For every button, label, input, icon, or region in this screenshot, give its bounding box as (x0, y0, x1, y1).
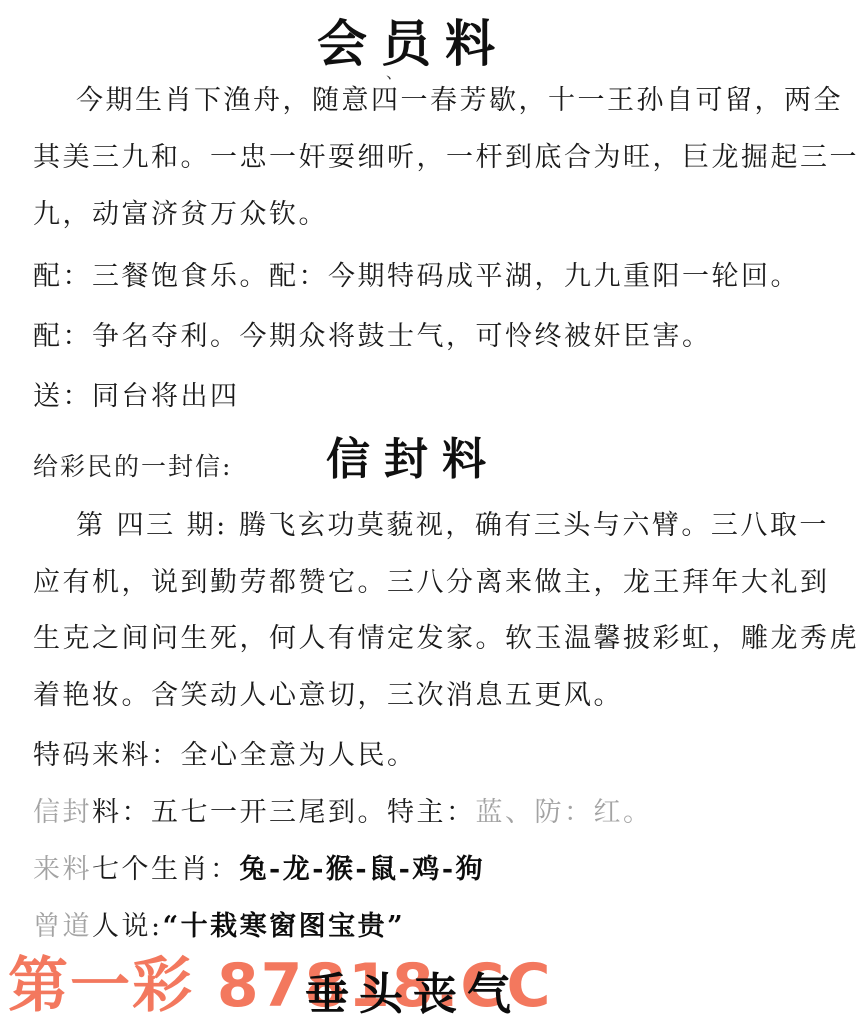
special-code-line: 特码来料：全心全意为人民。 (33, 733, 417, 772)
envelope-paragraph-line: 生克之间问生死，何人有情定发家。软玉温馨披彩虹，雕龙秀虎 (33, 616, 859, 655)
member-paragraph-line: 今期生肖下渔舟，随意四一春芳歇，十一王孙自可留，两全 (76, 78, 843, 117)
scanned-lottery-tip-sheet: 会员料 、 今期生肖下渔舟，随意四一春芳歇，十一王孙自可留，两全 其美三九和。一… (0, 0, 861, 1024)
member-paragraph-line: 九，动富济贫万众钦。 (33, 192, 328, 231)
next-section-title: 垂头丧气 (0, 958, 826, 1022)
member-paragraph-line: 其美三九和。一忠一奸耍细听，一杆到底合为旺，巨龙掘起三一 (33, 135, 859, 174)
member-pair-line: 配：三餐饱食乐。配：今期特码成平湖，九九重阳一轮回。 (33, 254, 800, 293)
envelope-paragraph-line: 着艳妆。含笑动人心意切，三次消息五更风。 (33, 673, 623, 712)
zodiac-list: 兔-龙-猴-鼠-鸡-狗 (240, 854, 486, 885)
envelope-tip-faint-tail: 蓝、防：红。 (476, 797, 653, 828)
envelope-tip-line: 信封料：五七一开三尾到。特主：蓝、防：红。 (33, 790, 653, 829)
member-section-title: 会员料 (0, 4, 826, 76)
envelope-tip-faint-prefix: 信封 (33, 797, 92, 828)
envelope-paragraph-line: 应有机，说到勤劳都赞它。三八分离来做主，龙王拜年大礼到 (33, 560, 830, 599)
member-send-line: 送：同台将出四 (33, 374, 240, 413)
zodiac-tip-line: 来料七个生肖：兔-龙-猴-鼠-鸡-狗 (33, 847, 485, 886)
envelope-paragraph-line: 第 四三 期: 腾飞玄功莫藐视，确有三头与六臂。三八取一 (76, 503, 829, 542)
zodiac-tip-faint-prefix: 来料 (33, 854, 92, 885)
envelope-tip-main: 料：五七一开三尾到。特主： (92, 797, 476, 828)
member-pair-line: 配：争名夺利。今期众将鼓士气，可怜终被奸臣害。 (33, 314, 712, 353)
envelope-section-title: 信封料 (0, 423, 826, 487)
zodiac-tip-label: 七个生肖： (92, 854, 240, 885)
